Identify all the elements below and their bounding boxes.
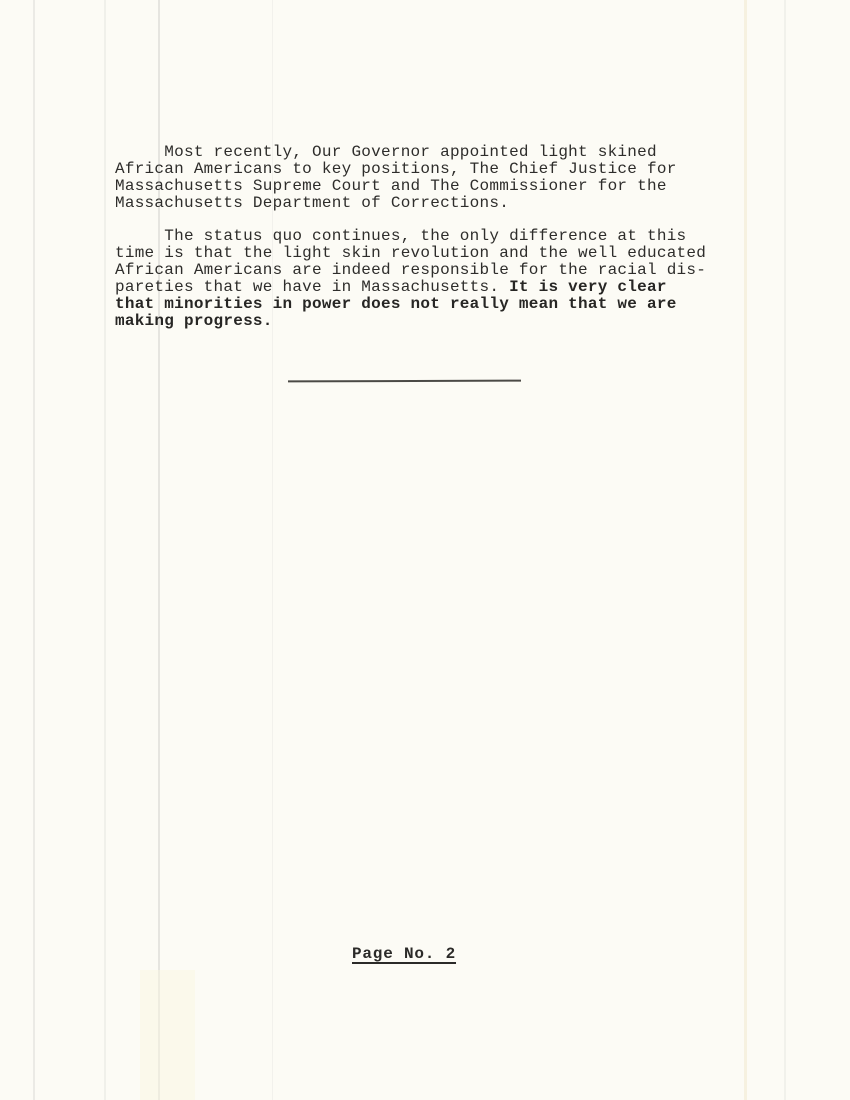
signature-divider-line — [288, 380, 521, 383]
letter-body: Most recently, Our Governor appointed li… — [115, 144, 755, 330]
scan-streak-artifact — [140, 970, 195, 1100]
paragraph-status-quo: The status quo continues, the only diffe… — [115, 228, 755, 330]
scan-streak-artifact — [33, 0, 35, 1100]
page-number-footer: Page No. 2 — [352, 945, 456, 963]
scan-streak-artifact — [784, 0, 786, 1100]
paragraph-governor-appointments: Most recently, Our Governor appointed li… — [115, 144, 755, 212]
document-page: Most recently, Our Governor appointed li… — [0, 0, 850, 1100]
scan-streak-artifact — [104, 0, 106, 1100]
body-text-run: Most recently, Our Governor appointed li… — [115, 143, 677, 212]
